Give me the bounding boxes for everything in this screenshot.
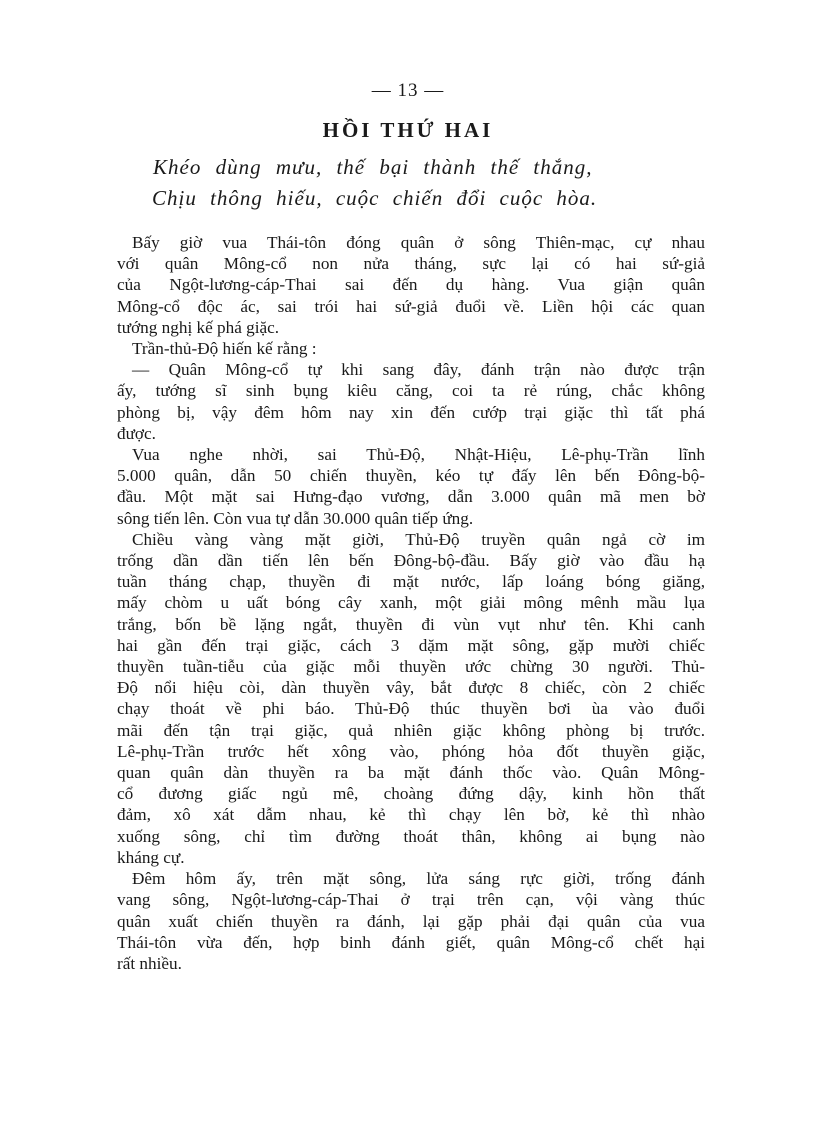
text-line: chạy thoát về phi báo. Thủ-Độ thúc thuyề… <box>117 698 705 719</box>
page-number: — 13 — <box>0 80 816 102</box>
text-line: Mông-cổ độc ác, sai trói hai sứ-giả đuổi… <box>117 296 705 317</box>
chapter-title: HỒI THỨ HAI <box>0 118 816 143</box>
text-line: 5.000 quân, dẫn 50 chiến thuyền, kéo tự … <box>117 465 705 486</box>
paragraph: Vua nghe nhời, sai Thủ-Độ, Nhật-Hiệu, Lê… <box>117 444 705 529</box>
paragraph: Bấy giờ vua Thái-tôn đóng quân ở sông Th… <box>117 232 705 338</box>
text-line: Chiều vàng vàng mặt giời, Thủ-Độ truyền … <box>132 529 705 550</box>
text-line: cổ đương giấc ngủ mê, choàng đứng dậy, k… <box>117 783 705 804</box>
text-line: rất nhiều. <box>117 953 705 974</box>
text-line: quan quân dàn thuyền ra ba mặt đánh thốc… <box>117 762 705 783</box>
text-line: mãi đến tận trại giặc, quả nhiên giặc kh… <box>117 720 705 741</box>
text-line: tướng nghị kế phá giặc. <box>117 317 705 338</box>
text-line: Trần-thủ-Độ hiến kế rằng : <box>132 338 705 359</box>
body-text: Bấy giờ vua Thái-tôn đóng quân ở sông Th… <box>117 232 705 974</box>
text-line: vang sông, Ngột-lương-cáp-Thai ở trại tr… <box>117 889 705 910</box>
text-line: ấy, tướng sĩ sinh bụng kiêu căng, coi ta… <box>117 380 705 401</box>
paragraph: Đêm hôm ấy, trên mặt sông, lửa sáng rực … <box>117 868 705 974</box>
text-line: mấy chòm u uất bóng cây xanh, một giải m… <box>117 592 705 613</box>
text-line: — Quân Mông-cổ tự khi sang đây, đánh trậ… <box>132 359 705 380</box>
text-line: Lê-phụ-Trần trước hết xông vào, phóng hỏ… <box>117 741 705 762</box>
text-line: với quân Mông-cổ non nửa tháng, sực lại … <box>117 253 705 274</box>
text-line: đảm, xô xát dẫm nhau, kẻ thì chạy lên bờ… <box>117 804 705 825</box>
text-line: đầu. Một mặt sai Hưng-đạo vương, dẫn 3.0… <box>117 486 705 507</box>
text-line: Thái-tôn vừa đến, hợp binh đánh giết, qu… <box>117 932 705 953</box>
text-line: Đêm hôm ấy, trên mặt sông, lửa sáng rực … <box>132 868 705 889</box>
text-line: Độ nổi hiệu còi, dàn thuyền vây, bắt đượ… <box>117 677 705 698</box>
paragraph: — Quân Mông-cổ tự khi sang đây, đánh trậ… <box>117 359 705 444</box>
text-line: được. <box>117 423 705 444</box>
text-line: Bấy giờ vua Thái-tôn đóng quân ở sông Th… <box>132 232 705 253</box>
chapter-subtitle-line-1: Khéo dùng mưu, thế bại thành thế thắng, <box>153 155 673 180</box>
text-line: Vua nghe nhời, sai Thủ-Độ, Nhật-Hiệu, Lê… <box>132 444 705 465</box>
text-line: phòng bị, vậy đêm hôm nay xin đến cướp t… <box>117 402 705 423</box>
text-line: xuống sông, chỉ tìm đường thoát thân, kh… <box>117 826 705 847</box>
paragraph: Trần-thủ-Độ hiến kế rằng : <box>117 338 705 359</box>
text-line: hai gần đến trại giặc, cách 3 dặm mặt sô… <box>117 635 705 656</box>
text-line: tuần tháng chạp, thuyền đi mặt nước, lấp… <box>117 571 705 592</box>
text-line: trống dần dần tiến lên bến Đông-bộ-đầu. … <box>117 550 705 571</box>
text-line: quân xuất chiến thuyền ra đánh, lại gặp … <box>117 911 705 932</box>
text-line: trắng, bốn bề lặng ngắt, thuyền đi vùn v… <box>117 614 705 635</box>
chapter-subtitle-line-2: Chịu thông hiếu, cuộc chiến đổi cuộc hòa… <box>152 186 672 211</box>
text-line: kháng cự. <box>117 847 705 868</box>
text-line: của Ngột-lương-cáp-Thai sai đến dụ hàng.… <box>117 274 705 295</box>
text-line: sông tiến lên. Còn vua tự dẫn 30.000 quâ… <box>117 508 705 529</box>
paragraph: Chiều vàng vàng mặt giời, Thủ-Độ truyền … <box>117 529 705 868</box>
text-line: thuyền tuần-tiễu của giặc mỗi thuyền ước… <box>117 656 705 677</box>
